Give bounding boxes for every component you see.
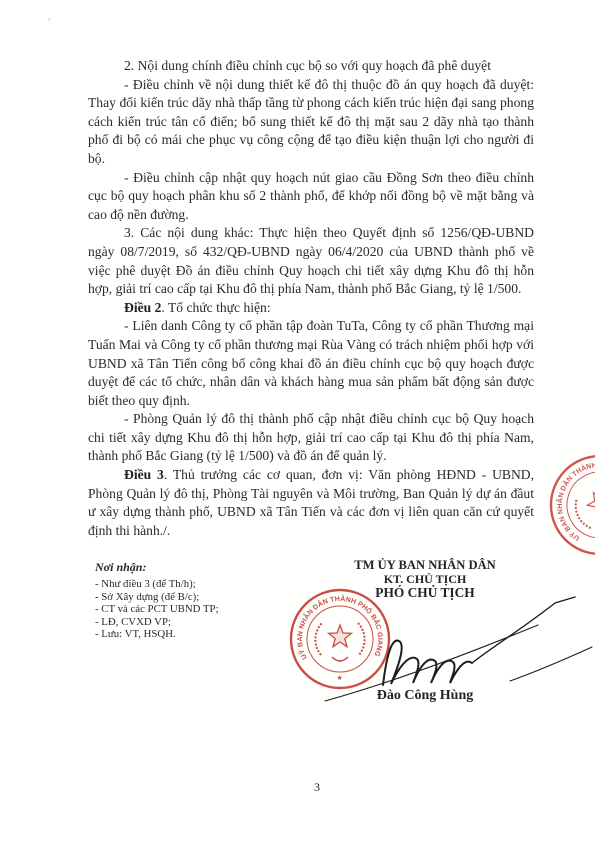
article-2-heading: Điều 2. Tổ chức thực hiện:	[88, 299, 534, 318]
paragraph-planning-dept: - Phòng Quản lý đô thị thành phố cập nhậ…	[88, 410, 534, 466]
recipient-item: - Như điều 3 (để Th/h);	[95, 578, 265, 591]
paragraph-other-contents: 3. Các nội dung khác: Thực hiện theo Quy…	[88, 224, 534, 298]
paragraph-consortium: - Liên danh Công ty cổ phần tập đoàn TuT…	[88, 317, 534, 410]
paragraph-design-adjustment: - Điều chỉnh về nội dung thiết kế đô thị…	[88, 76, 534, 169]
page-number: 3	[297, 780, 337, 795]
recipient-item: - LĐ, CVXD VP;	[95, 616, 265, 629]
article-3-paragraph: Điều 3. Thủ trưởng các cơ quan, đơn vị: …	[88, 466, 534, 540]
article-2-label: Điều 2	[124, 300, 161, 315]
edge-overlap-seal: UỶ BAN NHÂN DÂN THÀNH PHỐ BẮC GIANG ★	[545, 451, 595, 561]
signature-tail	[510, 647, 592, 681]
recipients-heading: Nơi nhận:	[95, 560, 265, 575]
recipients-block: Nơi nhận: - Như điều 3 (để Th/h); - Sở X…	[95, 560, 265, 641]
recipient-item: - CT và các PCT UBND TP;	[95, 603, 265, 616]
recipient-item: - Lưu: VT, HSQH.	[95, 628, 265, 641]
section-2-heading: 2. Nội dung chính điều chỉnh cục bộ so v…	[88, 57, 534, 76]
paragraph-dongson-bridge: - Điều chỉnh cập nhật quy hoạch nút giao…	[88, 169, 534, 225]
signature-flourish	[472, 597, 575, 663]
signature-capacity-line: KT. CHỦ TỊCH	[325, 573, 525, 586]
scan-speck	[48, 18, 51, 21]
document-page: 2. Nội dung chính điều chỉnh cục bộ so v…	[0, 0, 595, 842]
signer-name: Đào Công Hùng	[330, 688, 520, 704]
document-body: 2. Nội dung chính điều chỉnh cục bộ so v…	[88, 57, 534, 540]
article-3-label: Điều 3	[124, 467, 164, 482]
article-2-text: . Tổ chức thực hiện:	[161, 300, 270, 315]
signature-org-line: TM ỦY BAN NHÂN DÂN	[325, 559, 525, 573]
edge-seal-star-emblem	[583, 487, 595, 517]
recipient-item: - Sở Xây dựng (để B/c);	[95, 591, 265, 604]
